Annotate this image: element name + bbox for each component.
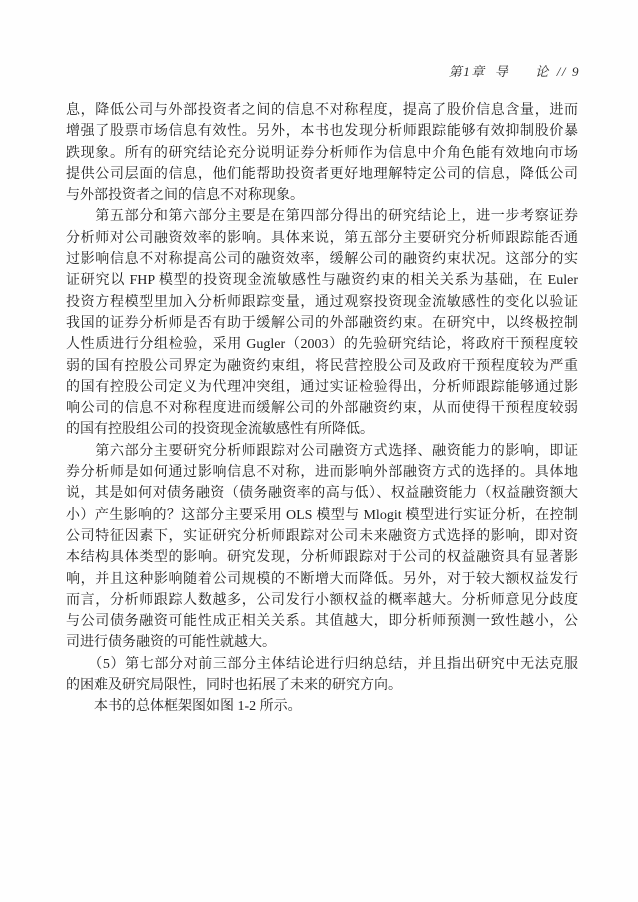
text-line: 响，并且这种影响随着公司规模的不断增大而降低。另外，对于较大额权益发行 (66, 569, 578, 590)
text-line: 弱的国有控股公司界定为融资约束组，将民营控股公司及政府干预程度较为严重 (66, 356, 578, 377)
text-line: 本结构具体类型的影响。研究发现，分析师跟踪对于公司的权益融资具有显著影 (66, 547, 578, 568)
text-line: 增强了股票市场信息有效性。另外，本书也发现分析师跟踪能够有效抑制股价暴 (66, 121, 578, 142)
text-line: 的国有控股组公司的投资现金流敏感性有所降低。 (66, 419, 578, 440)
text-line: 的困难及研究局限性，同时也拓展了未来的研究方向。 (66, 675, 578, 696)
text-line: 券分析师是如何通过影响信息不对称，进而影响外部融资方式的选择的。具体地 (66, 462, 578, 483)
text-line: 跌现象。所有的研究结论充分说明证券分析师作为信息中介角色能有效地向市场 (66, 143, 578, 164)
text-line: 过影响信息不对称提高公司的融资效率，缓解公司的融资约束状况。这部分的实 (66, 249, 578, 270)
text-line: 分析师对公司融资效率的影响。具体来说，第五部分主要研究分析师跟踪能否通 (66, 228, 578, 249)
text-line: 本书的总体框架图如图 1-2 所示。 (66, 696, 578, 717)
text-line: 司进行债务融资的可能性就越大。 (66, 632, 578, 653)
text-line: 小）产生影响的？这部分主要采用 OLS 模型与 Mlogit 模型进行实证分析，… (66, 505, 578, 526)
text-line: 提供公司层面的信息，他们能帮助投资者更好地理解特定公司的信息，降低公司 (66, 164, 578, 185)
text-line: 息，降低公司与外部投资者之间的信息不对称程度，提高了股价信息含量，进而 (66, 100, 578, 121)
text-line: 第六部分主要研究分析师跟踪对公司融资方式选择、融资能力的影响，即证 (66, 441, 578, 462)
text-line: 响公司的信息不对称程度进而缓解公司的外部融资约束，从而使得干预程度较弱 (66, 398, 578, 419)
text-line: 投资方程模型里加入分析师跟踪变量，通过观察投资现金流敏感性的变化以验证 (66, 292, 578, 313)
page-body: 息，降低公司与外部投资者之间的信息不对称程度，提高了股价信息含量，进而增强了股票… (66, 100, 578, 718)
chapter-label: 第1章 (449, 64, 486, 79)
running-head: 第1章导论//9 (449, 61, 580, 80)
chapter-title-char-2: 论 (535, 64, 550, 79)
text-line: 的国有控股公司定义为代理冲突组，通过实证检验得出，分析师跟踪能够通过影 (66, 377, 578, 398)
text-line: 我国的证券分析师是否有助于缓解公司的外部融资约束。在研究中，以终极控制 (66, 313, 578, 334)
text-line: 证研究以 FHP 模型的投资现金流敏感性与融资约束的相关关系为基础，在 Eule… (66, 270, 578, 291)
text-line: 公司特征因素下，实证研究分析师跟踪对公司未来融资方式选择的影响，即对资 (66, 526, 578, 547)
text-line: 与公司债务融资可能性成正相关关系。其值越大，即分析师预测一致性越小，公 (66, 611, 578, 632)
book-page: 第1章导论//9 息，降低公司与外部投资者之间的信息不对称程度，提高了股价信息含… (0, 0, 638, 902)
chapter-title-char-1: 导 (495, 64, 510, 79)
page-number-separator: // (557, 64, 567, 79)
text-line: 第五部分和第六部分主要是在第四部分得出的研究结论上，进一步考察证券 (66, 206, 578, 227)
text-line: 人性质进行分组检验，采用 Gugler（2003）的先验研究结论，将政府干预程度… (66, 334, 578, 355)
text-line: （5）第七部分对前三部分主体结论进行归纳总结，并且指出研究中无法克服 (66, 654, 578, 675)
text-line: 说，其是如何对债务融资（债务融资率的高与低）、权益融资能力（权益融资额大 (66, 483, 578, 504)
text-line: 而言，分析师跟踪人数越多，公司发行小额权益的概率越大。分析师意见分歧度 (66, 590, 578, 611)
page-number: 9 (572, 64, 580, 79)
text-line: 与外部投资者之间的信息不对称现象。 (66, 185, 578, 206)
